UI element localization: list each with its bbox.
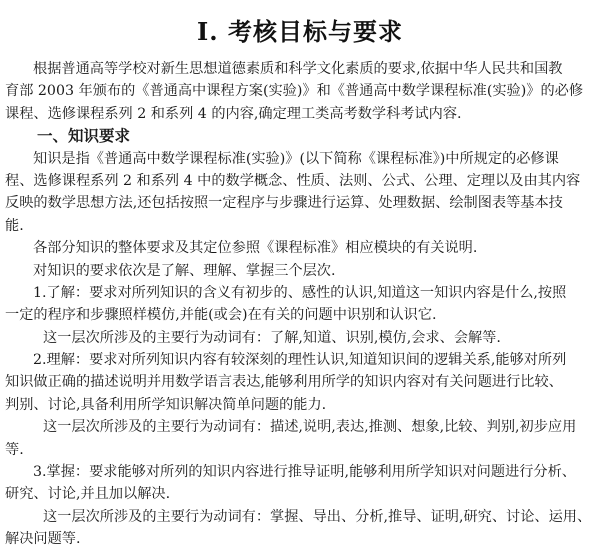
- paragraph-line: 这一层次所涉及的主要行为动词有：掌握、导出、分析,推导、证明,研究、讨论、运用、: [5, 506, 595, 528]
- paragraph-line: 各部分知识的整体要求及其定位参照《课程标准》相应模块的有关说明.: [5, 237, 595, 259]
- paragraph-line: 对知识的要求依次是了解、理解、掌握三个层次.: [5, 260, 595, 282]
- page-title: Ⅰ. 考核目标与要求: [0, 12, 600, 47]
- document-body: 根据普通高等学校对新生思想道德素质和科学文化素质的要求,依据中华人民共和国教 育…: [5, 58, 595, 551]
- paragraph-line: 解决问题等.: [5, 528, 595, 550]
- paragraph-line: 知识做正确的描述说明并用数学语言表达,能够利用所学的知识内容对有关问题进行比较、: [5, 371, 595, 393]
- paragraph-line: 育部 2003 年颁布的《普通高中课程方案(实验)》和《普通高中数学课程标准(实…: [5, 80, 595, 102]
- paragraph-line: 2.理解：要求对所列知识内容有较深刻的理性认识,知道知识间的逻辑关系,能够对所列: [5, 349, 595, 371]
- paragraph-line: 程、选修课程系列 2 和系列 4 中的数学概念、性质、法则、公式、公理、定理以及…: [5, 170, 595, 192]
- paragraph-line: 3.掌握：要求能够对所列的知识内容进行推导证明,能够利用所学知识对问题进行分析、: [5, 461, 595, 483]
- paragraph-line: 知识是指《普通高中数学课程标准(实验)》(以下简称《课程标准》)中所规定的必修课: [5, 148, 595, 170]
- paragraph-line: 这一层次所涉及的主要行为动词有：了解,知道、识别,模仿,会求、会解等.: [5, 327, 595, 349]
- section-heading: 一、知识要求: [5, 125, 595, 147]
- paragraph-line: 判别、讨论,具备利用所学知识解决简单问题的能力.: [5, 394, 595, 416]
- paragraph-line: 反映的数学思想方法,还包括按照一定程序与步骤进行运算、处理数据、绘制图表等基本技: [5, 192, 595, 214]
- paragraph-line: 这一层次所涉及的主要行为动词有：描述,说明,表达,推测、想象,比较、判别,初步应…: [5, 416, 595, 438]
- paragraph-line: 一定的程序和步骤照样模仿,并能(或会)在有关的问题中识别和认识它.: [5, 304, 595, 326]
- paragraph-line: 等.: [5, 439, 595, 461]
- paragraph-line: 课程、选修课程系列 2 和系列 4 的内容,确定理工类高考数学科考试内容.: [5, 103, 595, 125]
- paragraph-line: 根据普通高等学校对新生思想道德素质和科学文化素质的要求,依据中华人民共和国教: [5, 58, 595, 80]
- paragraph-line: 1.了解：要求对所列知识的含义有初步的、感性的认识,知道这一知识内容是什么,按照: [5, 282, 595, 304]
- paragraph-line: 研究、讨论,并且加以解决.: [5, 483, 595, 505]
- paragraph-line: 能.: [5, 215, 595, 237]
